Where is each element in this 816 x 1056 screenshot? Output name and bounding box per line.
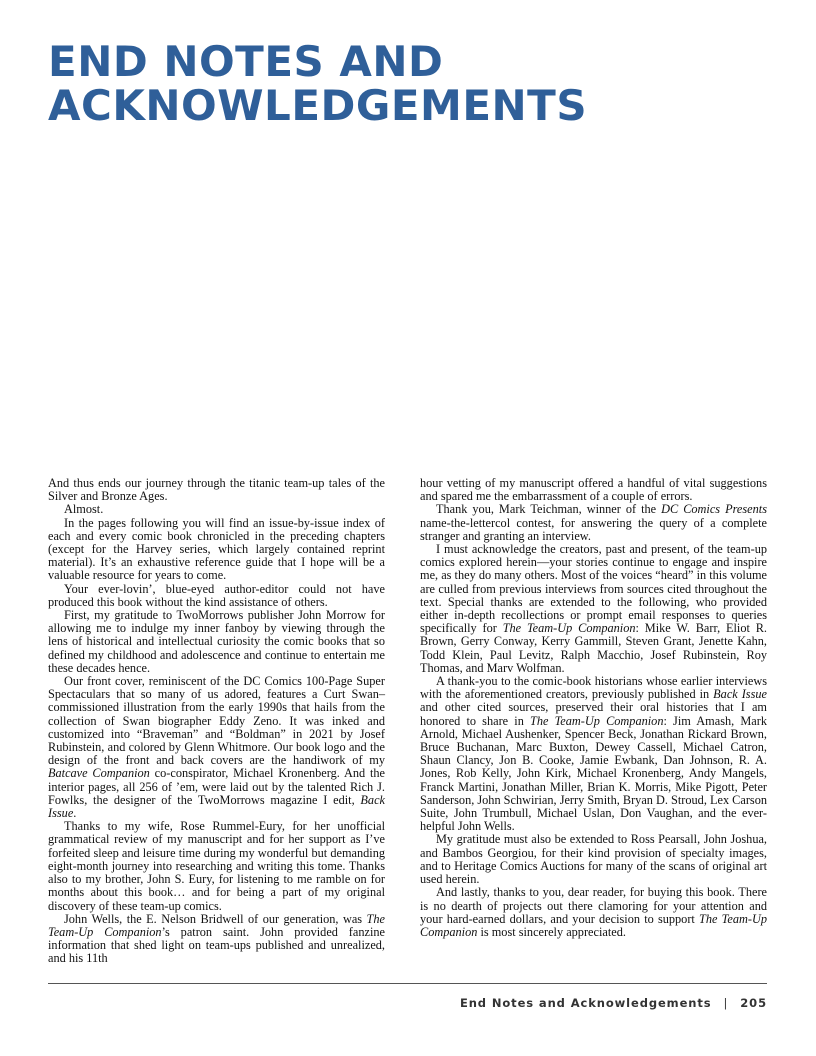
body-paragraph: Your ever-lovin’, blue-eyed author-edito… bbox=[48, 583, 385, 609]
body-paragraph: hour vetting of my manuscript offered a … bbox=[420, 477, 767, 503]
footer-separator: | bbox=[724, 996, 729, 1010]
body-paragraph: Thanks to my wife, Rose Rummel-Eury, for… bbox=[48, 820, 385, 912]
body-paragraph: My gratitude must also be extended to Ro… bbox=[420, 833, 767, 886]
body-paragraph: And lastly, thanks to you, dear reader, … bbox=[420, 886, 767, 939]
running-footer-title: End Notes and Acknowledgements bbox=[460, 996, 712, 1010]
footer-divider bbox=[48, 983, 767, 984]
page-title: End Notes and Acknowledgements bbox=[48, 40, 587, 128]
body-paragraph: Almost. bbox=[48, 503, 385, 516]
page-footer: End Notes and Acknowledgements|205 bbox=[460, 996, 767, 1010]
body-paragraph: Thank you, Mark Teichman, winner of the … bbox=[420, 503, 767, 543]
body-paragraph: First, my gratitude to TwoMorrows publis… bbox=[48, 609, 385, 675]
body-paragraph: I must acknowledge the creators, past an… bbox=[420, 543, 767, 675]
page-title-line-2: Acknowledgements bbox=[48, 84, 587, 128]
body-paragraph: Our front cover, reminiscent of the DC C… bbox=[48, 675, 385, 820]
body-paragraph: And thus ends our journey through the ti… bbox=[48, 477, 385, 503]
page-number: 205 bbox=[740, 996, 767, 1010]
body-paragraph: A thank-you to the comic-book historians… bbox=[420, 675, 767, 833]
document-page: End Notes and Acknowledgements And thus … bbox=[0, 0, 816, 1056]
page-title-line-1: End Notes and bbox=[48, 40, 587, 84]
body-paragraph: John Wells, the E. Nelson Bridwell of ou… bbox=[48, 913, 385, 966]
right-text-column: hour vetting of my manuscript offered a … bbox=[420, 477, 767, 939]
body-paragraph: In the pages following you will find an … bbox=[48, 517, 385, 583]
left-text-column: And thus ends our journey through the ti… bbox=[48, 477, 385, 966]
